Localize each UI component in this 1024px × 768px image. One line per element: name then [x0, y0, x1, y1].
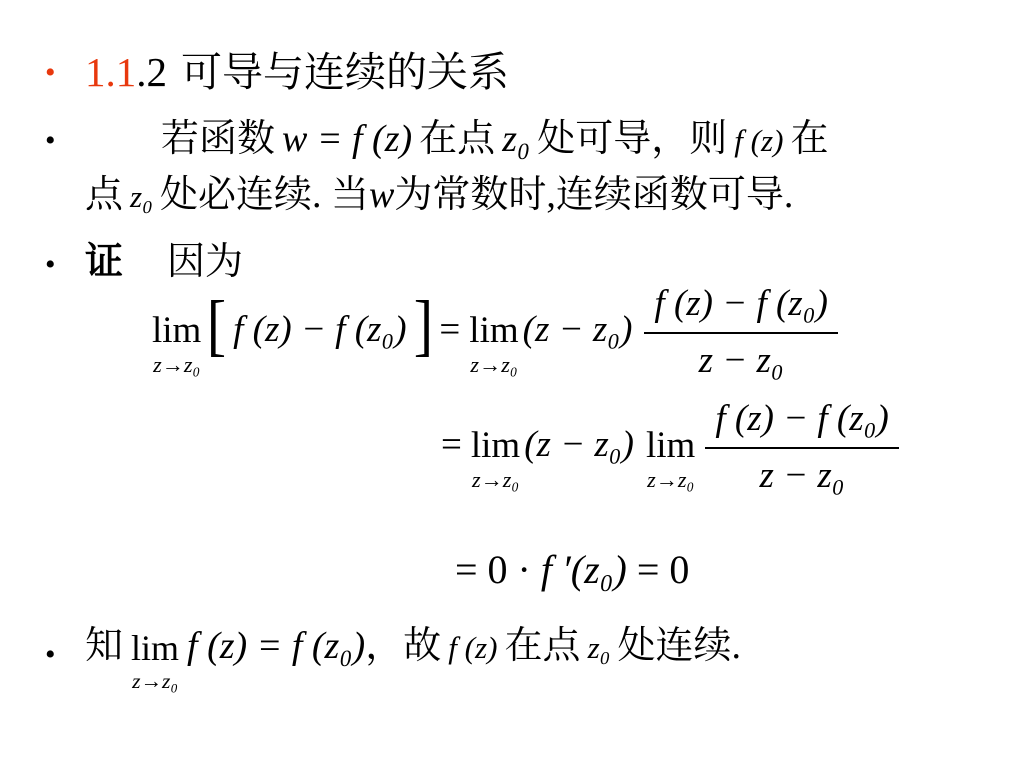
statement-text: 在点 [419, 118, 495, 160]
fraction-numerator: f (z) − f (z₀) [644, 283, 837, 332]
lim-subscript: z→z₀ [131, 671, 179, 693]
fraction-denominator: z − z₀ [705, 447, 898, 498]
proof-label: 证 [85, 241, 123, 283]
math-z0: z₀ [130, 179, 153, 214]
math-z0: z₀ [588, 630, 611, 665]
equals-zero-dot: = 0 · [455, 545, 531, 595]
fraction-denominator: z − z₀ [644, 332, 837, 383]
statement-line-1: 若函数w = f (z)在点z₀处可导，则f (z)在 [85, 112, 1005, 168]
statement-text: 点 [85, 174, 123, 216]
theorem-statement: 若函数w = f (z)在点z₀处可导，则f (z)在 点z₀处必连续. 当w为… [85, 112, 1005, 224]
title-text: 可导与连续的关系 [181, 49, 509, 95]
equation-2: = lim z→z₀ (z − z₀) lim z→z₀ f (z) − f (… [436, 398, 899, 497]
math-fz: f (z) [734, 123, 783, 158]
limit-operator: lim z→z₀ [131, 630, 179, 693]
math-w: w [369, 174, 394, 216]
slide: • 1.1.2可导与连续的关系 • 若函数w = f (z)在点z₀处可导，则f… [0, 0, 1024, 768]
conclusion-bullet: • [45, 640, 56, 670]
limit-operator: lim z→z₀ [152, 312, 201, 376]
conclusion-text: 知 [85, 625, 123, 667]
statement-text: 处可导，则 [537, 118, 727, 160]
lim-text: lim [152, 312, 201, 349]
equals-sign: = [439, 307, 460, 353]
proof-text: 因为 [167, 241, 243, 283]
lim-subscript: z→z₀ [471, 469, 520, 491]
math-f-prime-z0: f ′(z₀) [541, 545, 627, 595]
title-bullet: • [45, 58, 56, 88]
equals-sign: = [441, 422, 462, 468]
page-title: 1.1.2可导与连续的关系 [85, 48, 509, 96]
limit-operator: lim z→z₀ [646, 427, 695, 491]
lim-text: lim [471, 427, 520, 464]
equation-3: = 0 ·f ′(z₀)= 0 [450, 545, 694, 595]
equation-1: lim z→z₀ [f (z) − f (z₀)]= lim z→z₀ (z −… [148, 283, 838, 382]
math-limit-equals: f (z) = f (z₀) [187, 625, 365, 667]
math-w-equals-fz: w = f (z) [282, 118, 412, 160]
statement-line-2: 点z₀处必连续. 当w为常数时,连续函数可导. [85, 168, 1005, 224]
lim-subscript: z→z₀ [646, 469, 695, 491]
conclusion-text: 处连续. [618, 625, 742, 667]
fraction: f (z) − f (z₀) z − z₀ [705, 398, 898, 497]
statement-bullet: • [45, 126, 56, 156]
math-factor: (z − z₀) [524, 422, 634, 468]
proof-bullet: • [45, 250, 56, 280]
math-difference: f (z) − f (z₀) [233, 307, 406, 353]
statement-text: 处必连续. 当 [160, 174, 369, 216]
fraction: f (z) − f (z₀) z − z₀ [644, 283, 837, 382]
title-section-number-black: .2 [136, 49, 167, 95]
lim-subscript: z→z₀ [152, 354, 201, 376]
limit-operator: lim z→z₀ [471, 427, 520, 491]
title-section-number-red: 1.1 [85, 49, 136, 95]
math-z0: z₀ [502, 118, 530, 160]
proof-line: 证因为 [85, 238, 243, 286]
lim-text: lim [469, 312, 518, 349]
statement-text: 在 [791, 118, 829, 160]
lim-subscript: z→z₀ [469, 354, 518, 376]
conclusion-text: 在点 [505, 625, 581, 667]
math-factor: (z − z₀) [523, 307, 633, 353]
fraction-numerator: f (z) − f (z₀) [705, 398, 898, 447]
math-fz: f (z) [448, 630, 497, 665]
conclusion-text: ，故 [365, 625, 441, 667]
statement-text: 若函数 [161, 118, 275, 160]
lim-text: lim [646, 427, 695, 464]
statement-text: 为常数时,连续函数可导. [394, 174, 793, 216]
limit-operator: lim z→z₀ [469, 312, 518, 376]
lim-text: lim [131, 630, 179, 666]
conclusion-line: 知 lim z→z₀ f (z) = f (z₀)，故f (z)在点z₀处连续. [85, 624, 741, 693]
equals-zero: = 0 [637, 545, 690, 595]
